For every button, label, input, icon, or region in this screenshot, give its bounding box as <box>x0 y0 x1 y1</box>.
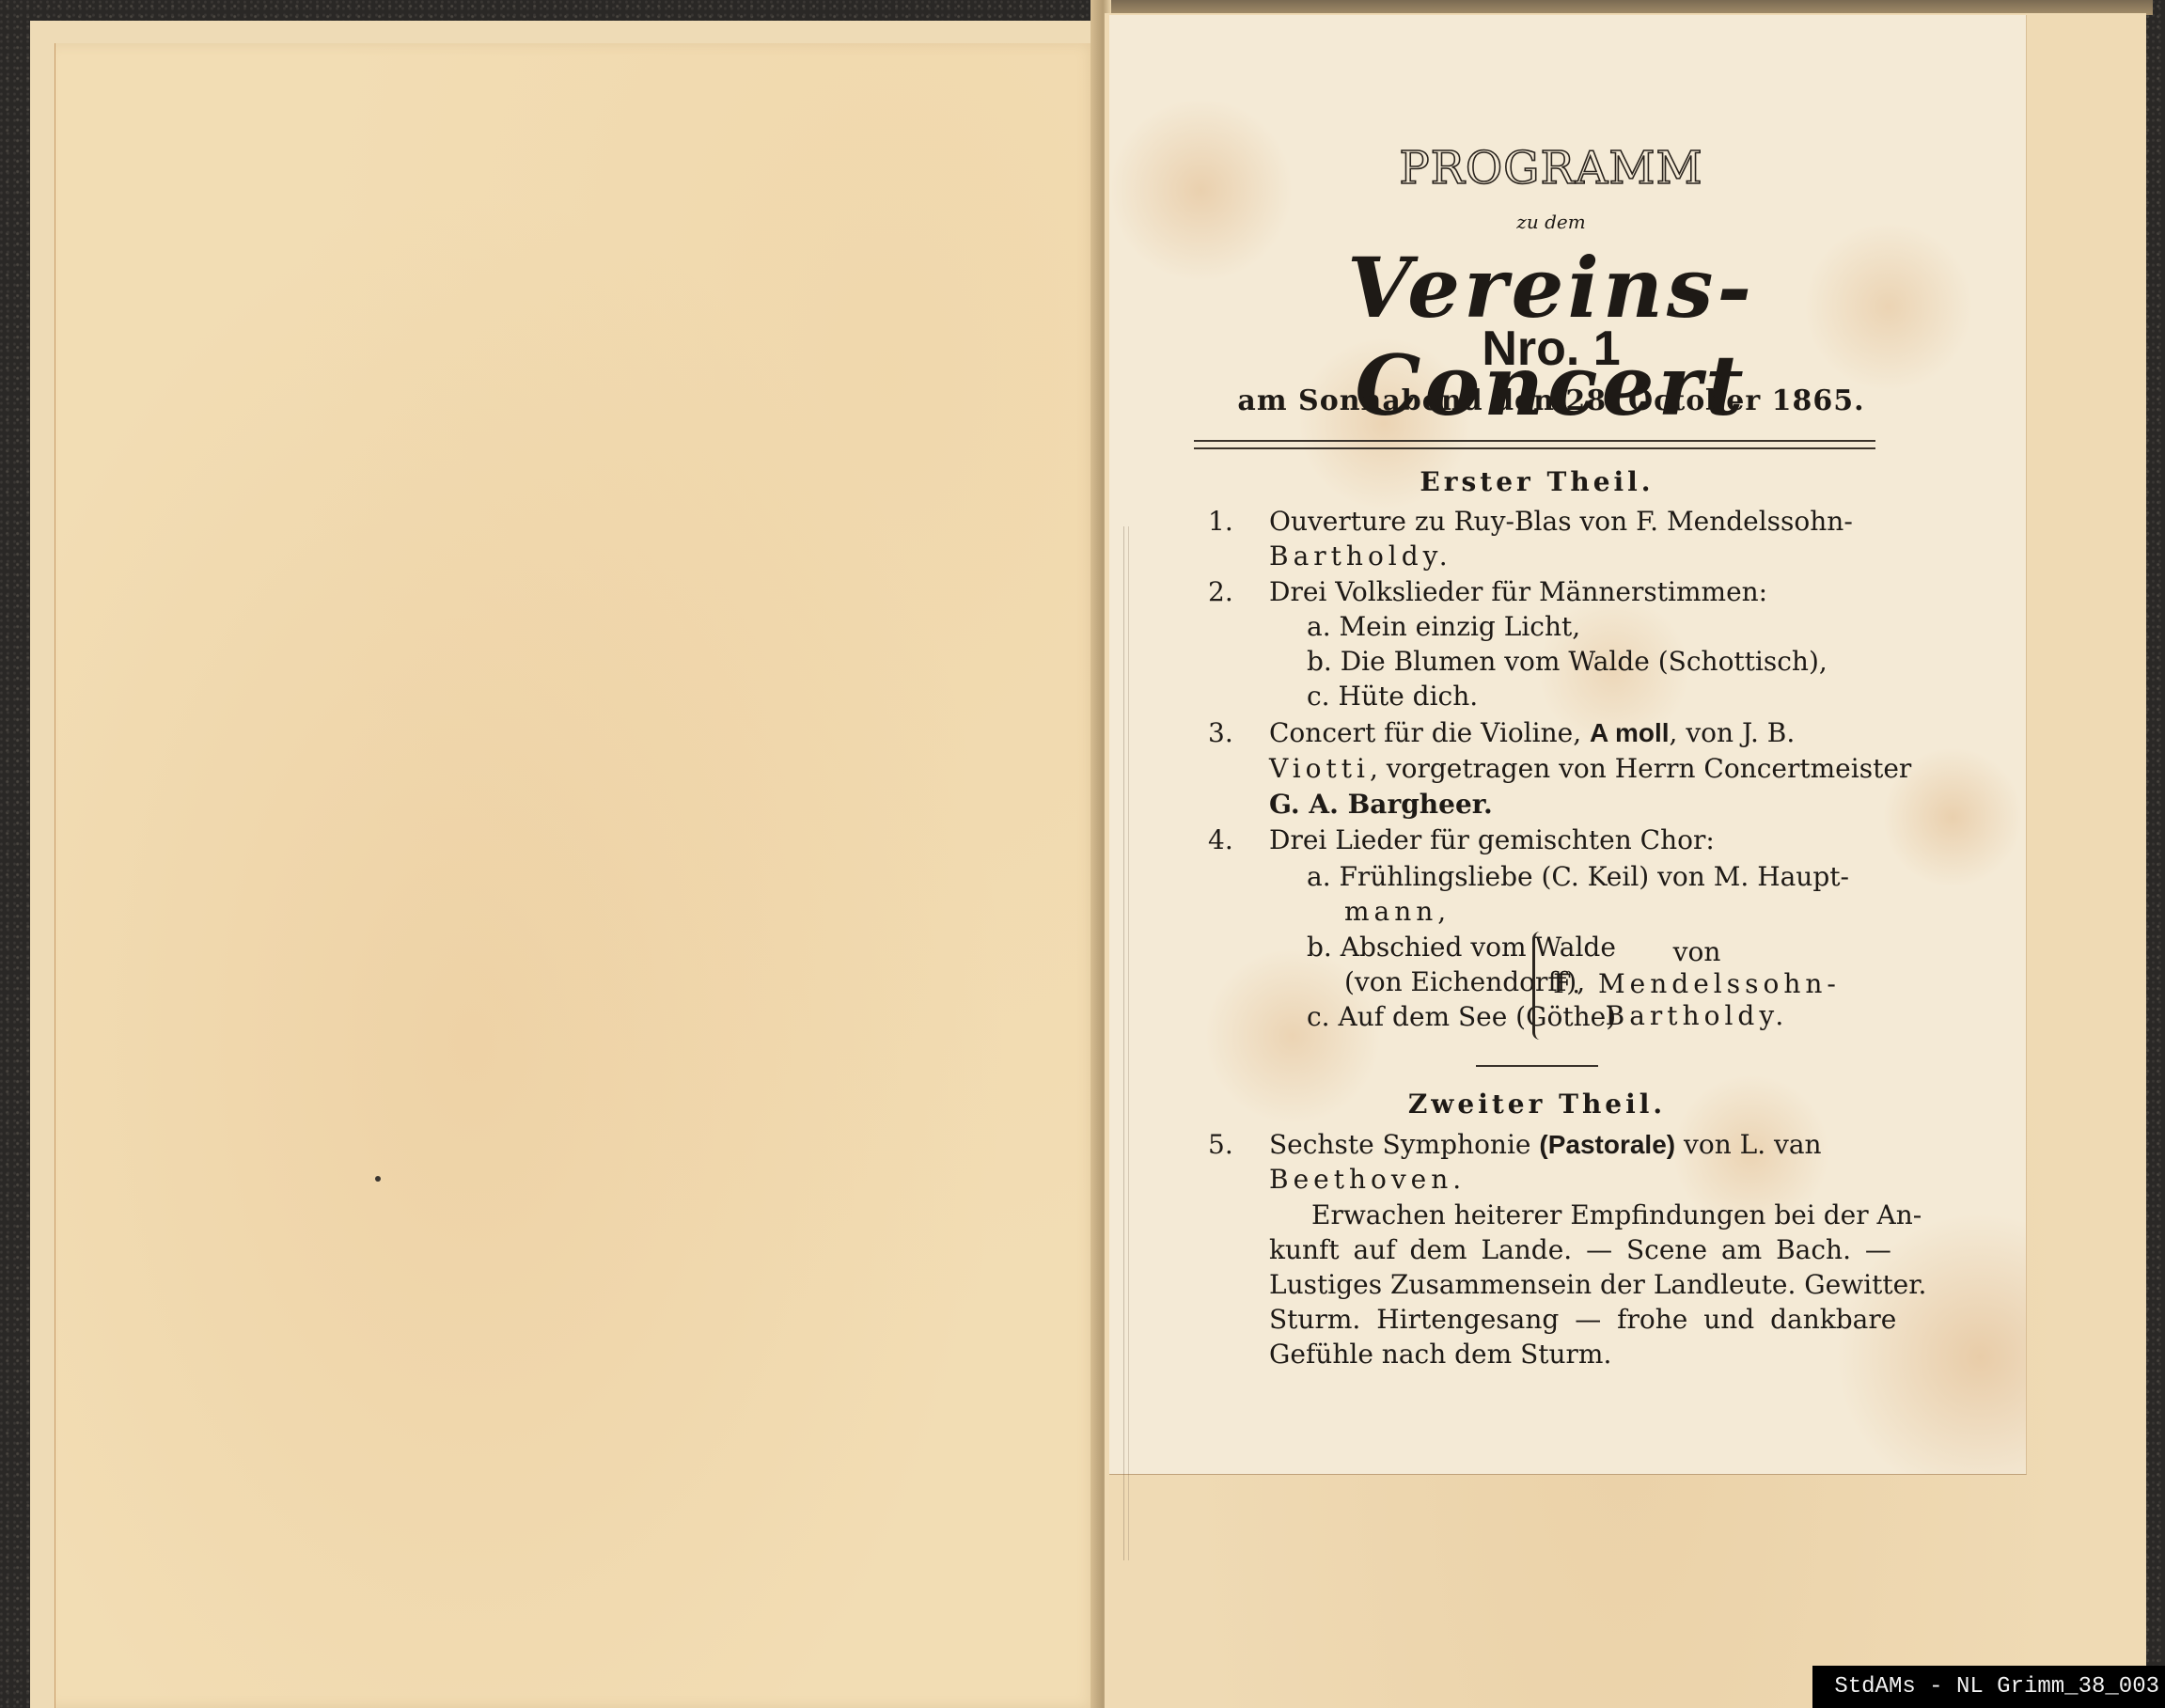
item-2-text: Drei Volkslieder für Männerstimmen: <box>1269 576 1767 607</box>
item-3-line-2: Viotti, vorgetragen von Herrn Concertmei… <box>1269 756 1911 782</box>
programme-title: PROGRAMM <box>1208 142 1894 195</box>
composer-name-line-2: Bartholdy. <box>1546 1000 1847 1032</box>
concert-date: am Sonnabend den 28. October 1865. <box>1199 384 1904 417</box>
sub-text: Frühlingsliebe (C. Keil) von M. Haupt- <box>1340 861 1849 892</box>
item-5-line-2: Beethoven. <box>1269 1167 1466 1193</box>
ink-spot <box>375 1176 381 1182</box>
item-4-line-1: 4. Drei Lieder für gemischten Chor: <box>1232 827 1715 854</box>
sub-letter: a. <box>1307 611 1331 642</box>
item-4-composer: von F. Mendelssohn- Bartholdy. <box>1546 936 1847 1032</box>
description-line-2: kunft auf dem Lande. — Scene am Bach. — <box>1269 1237 1891 1263</box>
symphony-subtitle: (Pastorale) <box>1539 1130 1675 1159</box>
sub-letter: b. <box>1307 646 1332 677</box>
composer-von: von <box>1546 936 1847 968</box>
item-1-line-2: Bartholdy. <box>1269 543 1452 570</box>
item-5-line-1: 5. Sechste Symphonie (Pastorale) von L. … <box>1232 1132 1822 1158</box>
item-number: 3. <box>1208 720 1233 746</box>
description-line-1: Erwachen heiterer Empfindungen bei der A… <box>1311 1202 1922 1229</box>
description-line-4: Sturm. Hirtengesang — frohe und dankbare <box>1269 1307 1896 1333</box>
composer-name: Viotti <box>1269 753 1370 784</box>
item-3-text: Concert für die Violine, <box>1269 717 1581 748</box>
programme-sheet: PROGRAMM zu dem Vereins-Concert Nro. 1 a… <box>1109 15 2027 1475</box>
sub-text: Mein einzig Licht, <box>1340 611 1581 642</box>
item-1-line-1: 1. Ouverture zu Ruy-Blas von F. Mendelss… <box>1232 509 1853 535</box>
part1-heading: Erster Theil. <box>1208 466 1866 497</box>
part2-heading: Zweiter Theil. <box>1208 1089 1866 1120</box>
sub-letter: c. <box>1307 1001 1330 1032</box>
item-number: 5. <box>1208 1132 1233 1158</box>
item-2-line-1: 2. Drei Volkslieder für Männerstimmen: <box>1232 579 1767 605</box>
item-2a: a. Mein einzig Licht, <box>1307 614 1580 640</box>
item-4a-cont: mann, <box>1344 899 1451 925</box>
item-2b: b. Die Blumen vom Walde (Schottisch), <box>1307 649 1828 675</box>
sub-letter: c. <box>1307 681 1330 712</box>
pencil-marks <box>1123 526 1129 1560</box>
sub-letter: a. <box>1307 861 1331 892</box>
item-3-performer-intro: , vorgetragen von Herrn Concertmeister <box>1370 753 1911 784</box>
item-2c: c. Hüte dich. <box>1307 683 1478 710</box>
item-3-composer: , von J. B. <box>1670 717 1796 748</box>
sub-text: Die Blumen vom Walde (Schottisch), <box>1341 646 1828 677</box>
item-5-composer: von L. van <box>1684 1129 1822 1160</box>
section-separator <box>1476 1065 1598 1067</box>
composer-name-line-1: F. Mendelssohn- <box>1546 968 1847 1000</box>
archive-caption: StdAMs - NL Grimm_38_003 <box>1812 1666 2165 1708</box>
double-rule-divider <box>1194 440 1875 449</box>
item-4-text: Drei Lieder für gemischten Chor: <box>1269 824 1715 855</box>
sub-letter: b. <box>1307 932 1332 963</box>
description-line-3: Lustiges Zusammensein der Landleute. Gew… <box>1269 1272 1926 1298</box>
item-number: 2. <box>1208 579 1233 605</box>
item-1-text: Ouverture zu Ruy-Blas von F. Mendelssohn… <box>1269 506 1853 537</box>
item-5-text: Sechste Symphonie <box>1269 1129 1530 1160</box>
concert-number: Nro. 1 <box>1208 321 1894 377</box>
item-3-line-3: G. A. Bargheer. <box>1269 791 1493 818</box>
item-4a: a. Frühlingsliebe (C. Keil) von M. Haupt… <box>1307 864 1849 890</box>
item-3-line-1: 3. Concert für die Violine, A moll, von … <box>1232 720 1795 746</box>
left-page-blank <box>55 43 1099 1708</box>
item-number: 4. <box>1208 827 1233 854</box>
sub-text: Hüte dich. <box>1339 681 1479 712</box>
description-line-5: Gefühle nach dem Sturm. <box>1269 1341 1611 1368</box>
item-number: 1. <box>1208 509 1233 535</box>
programme-subtitle: zu dem <box>1208 211 1894 233</box>
key-signature: A moll <box>1590 718 1670 747</box>
